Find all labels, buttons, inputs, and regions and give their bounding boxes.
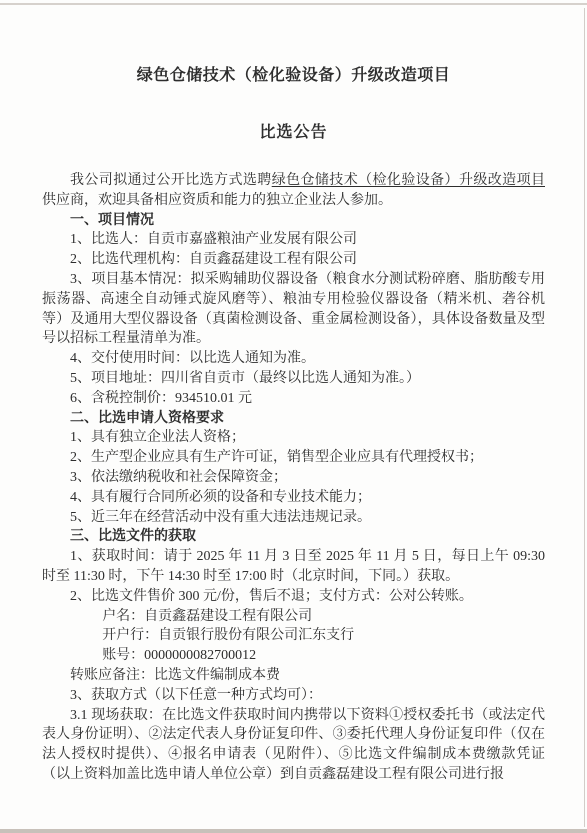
page-edge-right (584, 8, 586, 827)
section-2-heading: 二、比选申请人资格要求 (42, 409, 545, 429)
section-3-item-1: 1、获取时间：请于 2025 年 11 月 3 日至 2025 年 11 月 5… (42, 547, 545, 587)
document-content: 绿色仓储技术（检化验设备）升级改造项目 比选公告 我公司拟通过公开比选方式选聘绿… (42, 0, 545, 785)
section-2-item-1: 1、具有独立企业法人资格； (42, 428, 545, 448)
section-2-item-4: 4、具有履行合同所必须的设备和专业技术能力； (42, 488, 545, 508)
section-2-item-3: 3、依法缴纳税收和社会保障资金； (42, 468, 545, 488)
section-2-item-5: 5、近三年在经营活动中没有重大违法违规记录。 (42, 508, 545, 528)
intro-text-post: 供应商，欢迎具备相应资质和能力的独立企业法人参加。 (42, 193, 392, 208)
document-body: 我公司拟通过公开比选方式选聘绿色仓储技术（检化验设备）升级改造项目供应商，欢迎具… (42, 171, 545, 785)
document-title: 绿色仓储技术（检化验设备）升级改造项目 (42, 64, 545, 88)
bank-name: 开户行：自贡银行股份有限公司汇东支行 (42, 626, 545, 646)
intro-text-pre: 我公司拟通过公开比选方式选聘 (70, 173, 272, 188)
section-1-item-6: 6、含税控制价：934510.01 元 (42, 389, 545, 409)
document-page: 绿色仓储技术（检化验设备）升级改造项目 比选公告 我公司拟通过公开比选方式选聘绿… (0, 0, 587, 833)
page-edge-top (0, 3, 587, 5)
section-2-item-2: 2、生产型企业应具有生产许可证，销售型企业应具有代理授权书； (42, 448, 545, 468)
section-1-item-3: 3、项目基本情况：拟采购辅助仪器设备（粮食水分测试粉碎磨、脂肪酸专用振荡器、高速… (42, 270, 545, 349)
section-1-item-2: 2、比选代理机构：自贡鑫磊建设工程有限公司 (42, 250, 545, 270)
section-1-item-1: 1、比选人：自贡市嘉盛粮油产业发展有限公司 (42, 230, 545, 250)
intro-underlined-project-name: 绿色仓储技术（检化验设备）升级改造项目 (272, 173, 545, 188)
announcement-subtitle: 比选公告 (42, 121, 545, 145)
section-1-heading: 一、项目情况 (42, 211, 545, 231)
bank-account-number: 账号：0000000082700012 (42, 646, 545, 666)
onsite-acquisition-paragraph: 3.1 现场获取：在比选文件获取时间内携带以下资料①授权委托书（或法定代表人身份… (42, 706, 545, 785)
intro-paragraph: 我公司拟通过公开比选方式选聘绿色仓储技术（检化验设备）升级改造项目供应商，欢迎具… (42, 171, 545, 211)
transfer-note: 转账应备注：比选文件编制成本费 (42, 666, 545, 686)
section-3-heading: 三、比选文件的获取 (42, 527, 545, 547)
section-3-item-2: 2、比选文件售价 300 元/份，售后不退；支付方式：公对公转账。 (42, 587, 545, 607)
bank-account-name: 户名：自贡鑫磊建设工程有限公司 (42, 607, 545, 627)
section-1-item-5: 5、项目地址：四川省自贡市（最终以比选人通知为准。） (42, 369, 545, 389)
page-edge-bottom (0, 829, 587, 833)
section-1-item-4: 4、交付使用时间：以比选人通知为准。 (42, 349, 545, 369)
acquisition-methods-heading: 3、获取方式（以下任意一种方式均可）： (42, 686, 545, 706)
